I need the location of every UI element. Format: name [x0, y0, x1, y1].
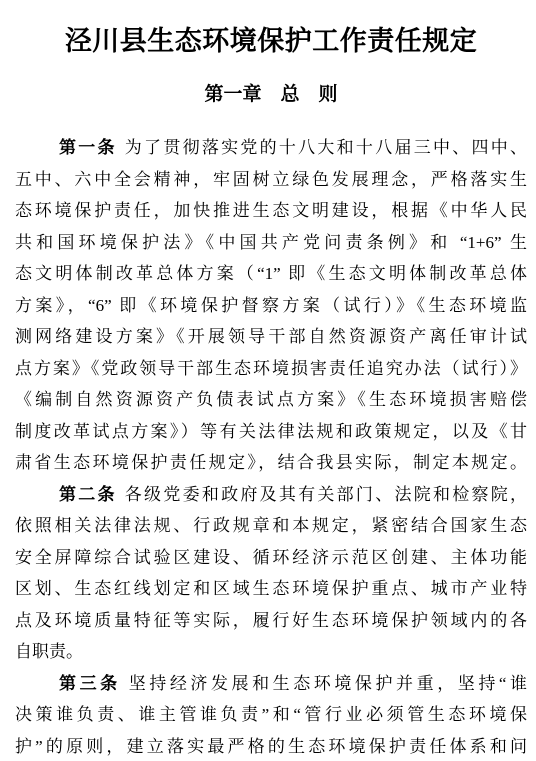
document-body: 第一条为了贯彻落实党的十八大和十八届三中、四中、 五中、六中全会精神，牢固树立绿…	[15, 132, 527, 761]
body-line: 依照相关法律法规、行政规章和本规定，紧密结合国家生态	[15, 510, 527, 542]
body-line: 制度改革试点方案》）等有关法律法规和政策规定，以及《甘	[15, 416, 527, 448]
body-line: 点方案》《党政领导干部生态环境损害责任追究办法（试行）》	[15, 353, 527, 385]
body-line: 区划、生态红线划定和区域生态环境保护重点、城市产业特	[15, 573, 527, 605]
body-line: 肃省生态环境保护责任规定》，结合我县实际，制定本规定。	[15, 447, 527, 479]
article-1-term: 第一条	[59, 138, 117, 157]
article-3-term: 第三条	[59, 674, 121, 693]
article-3: 第三条坚持经济发展和生态环境保护并重，坚持“谁 决策谁负责、谁主管谁负责”和“管…	[15, 668, 527, 761]
document-title: 泾川县生态环境保护工作责任规定	[15, 0, 527, 58]
body-line: 态环境保护责任，加快推进生态文明建设，根据《中华人民	[15, 195, 527, 227]
body-line: 自职责。	[15, 636, 527, 668]
body-line: 第一条为了贯彻落实党的十八大和十八届三中、四中、	[15, 132, 527, 164]
line-text: 坚持经济发展和生态环境保护并重，坚持“谁	[129, 674, 527, 693]
body-line: 安全屏障综合试验区建设、循环经济示范区创建、主体功能	[15, 542, 527, 574]
body-line: 《编制自然资源资产负债表试点方案》《生态环境损害赔偿	[15, 384, 527, 416]
document-page: 泾川县生态环境保护工作责任规定 第一章 总 则 第一条为了贯彻落实党的十八大和十…	[0, 0, 536, 761]
line-text: 为了贯彻落实党的十八大和十八届三中、四中、	[125, 138, 527, 157]
body-line: 点及环境质量特征等实际，履行好生态环境保护领域内的各	[15, 605, 527, 637]
body-line: 护”的原则，建立落实最严格的生态环境保护责任体系和问	[15, 731, 527, 761]
body-line: 第三条坚持经济发展和生态环境保护并重，坚持“谁	[15, 668, 527, 700]
article-1: 第一条为了贯彻落实党的十八大和十八届三中、四中、 五中、六中全会精神，牢固树立绿…	[15, 132, 527, 479]
body-line: 第二条各级党委和政府及其有关部门、法院和检察院，	[15, 479, 527, 511]
body-line: 决策谁负责、谁主管谁负责”和“管行业必须管生态环境保	[15, 699, 527, 731]
body-line: 共和国环境保护法》《中国共产党问责条例》和 “1+6” 生	[15, 227, 527, 259]
article-2: 第二条各级党委和政府及其有关部门、法院和检察院， 依照相关法律法规、行政规章和本…	[15, 479, 527, 668]
body-line: 方案》，“6” 即《环境保护督察方案（试行）》《生态环境监	[15, 290, 527, 322]
body-line: 测网络建设方案》《开展领导干部自然资源资产离任审计试	[15, 321, 527, 353]
article-2-term: 第二条	[59, 485, 117, 504]
document-content: 泾川县生态环境保护工作责任规定 第一章 总 则 第一条为了贯彻落实党的十八大和十…	[15, 0, 527, 761]
chapter-heading: 第一章 总 则	[15, 83, 527, 106]
line-text: 各级党委和政府及其有关部门、法院和检察院，	[125, 485, 527, 504]
body-line: 态文明体制改革总体方案（“1” 即《生态文明体制改革总体	[15, 258, 527, 290]
body-line: 五中、六中全会精神，牢固树立绿色发展理念，严格落实生	[15, 164, 527, 196]
